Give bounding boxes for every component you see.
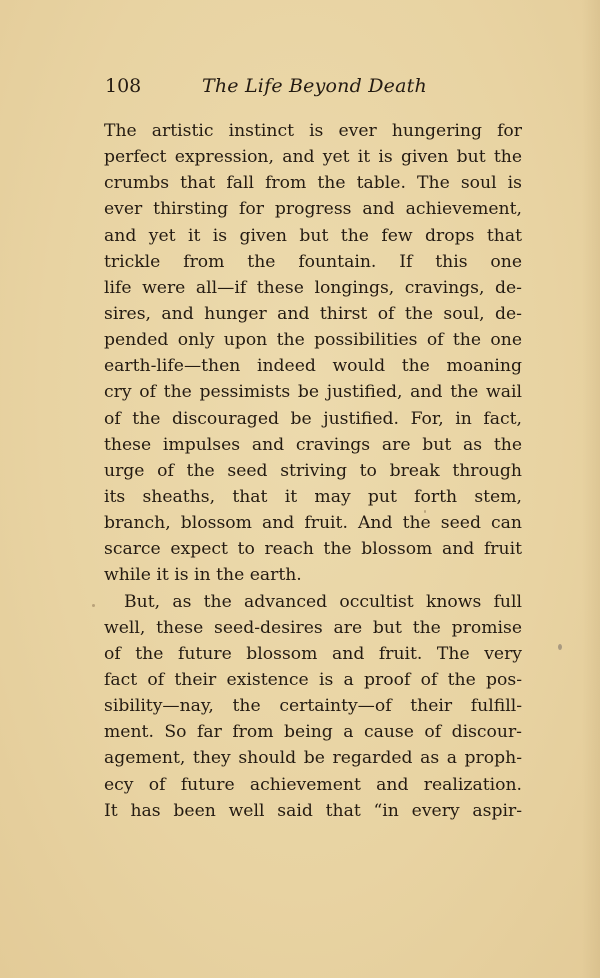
running-head: 108 The Life Beyond Death bbox=[105, 72, 525, 100]
text-line: ment. So far from being a cause of disco… bbox=[104, 719, 522, 745]
text-line: The artistic instinct is ever hungering … bbox=[104, 118, 522, 144]
page-number: 108 bbox=[105, 72, 141, 100]
text-line: fact of their existence is a proof of th… bbox=[104, 667, 522, 693]
text-line: these impulses and cravings are but as t… bbox=[104, 432, 522, 458]
text-line: sibility—nay, the certainty—of their ful… bbox=[104, 693, 522, 719]
book-page: 108 The Life Beyond Death The artistic i… bbox=[0, 0, 600, 978]
paper-speck bbox=[92, 604, 95, 607]
text-line: sires, and hunger and thirst of the soul… bbox=[104, 301, 522, 327]
paper-speck bbox=[558, 644, 562, 650]
text-line: of the future blossom and fruit. The ver… bbox=[104, 641, 522, 667]
text-line: while it is in the earth. bbox=[104, 562, 522, 588]
text-line: crumbs that fall from the table. The sou… bbox=[104, 170, 522, 196]
paragraph-2: But, as the advanced occultist knows ful… bbox=[104, 589, 522, 824]
text-line: agement, they should be regarded as a pr… bbox=[104, 745, 522, 771]
text-line: scarce expect to reach the blossom and f… bbox=[104, 536, 522, 562]
text-line: trickle from the fountain. If this one bbox=[104, 249, 522, 275]
text-line: But, as the advanced occultist knows ful… bbox=[104, 589, 522, 615]
paragraph-1: The artistic instinct is ever hungering … bbox=[104, 118, 522, 589]
text-line: branch, blossom and fruit. And the seed … bbox=[104, 510, 522, 536]
text-line: cry of the pessimists be justified, and … bbox=[104, 379, 522, 405]
text-line: It has been well said that “in every asp… bbox=[104, 798, 522, 824]
text-line: life were all—if these longings, craving… bbox=[104, 275, 522, 301]
text-line: urge of the seed striving to break throu… bbox=[104, 458, 522, 484]
text-line: well, these seed-desires are but the pro… bbox=[104, 615, 522, 641]
text-line: earth-life—then indeed would the moaning bbox=[104, 353, 522, 379]
paper-speck bbox=[424, 510, 426, 513]
text-line: and yet it is given but the few drops th… bbox=[104, 223, 522, 249]
body-text: The artistic instinct is ever hungering … bbox=[104, 118, 522, 824]
running-title: The Life Beyond Death bbox=[202, 72, 427, 100]
text-line: ever thirsting for progress and achievem… bbox=[104, 196, 522, 222]
text-line: ecy of future achievement and realizatio… bbox=[104, 772, 522, 798]
text-line: pended only upon the possibilities of th… bbox=[104, 327, 522, 353]
text-line: its sheaths, that it may put forth stem, bbox=[104, 484, 522, 510]
text-line: of the discouraged be justified. For, in… bbox=[104, 406, 522, 432]
text-line: perfect expression, and yet it is given … bbox=[104, 144, 522, 170]
